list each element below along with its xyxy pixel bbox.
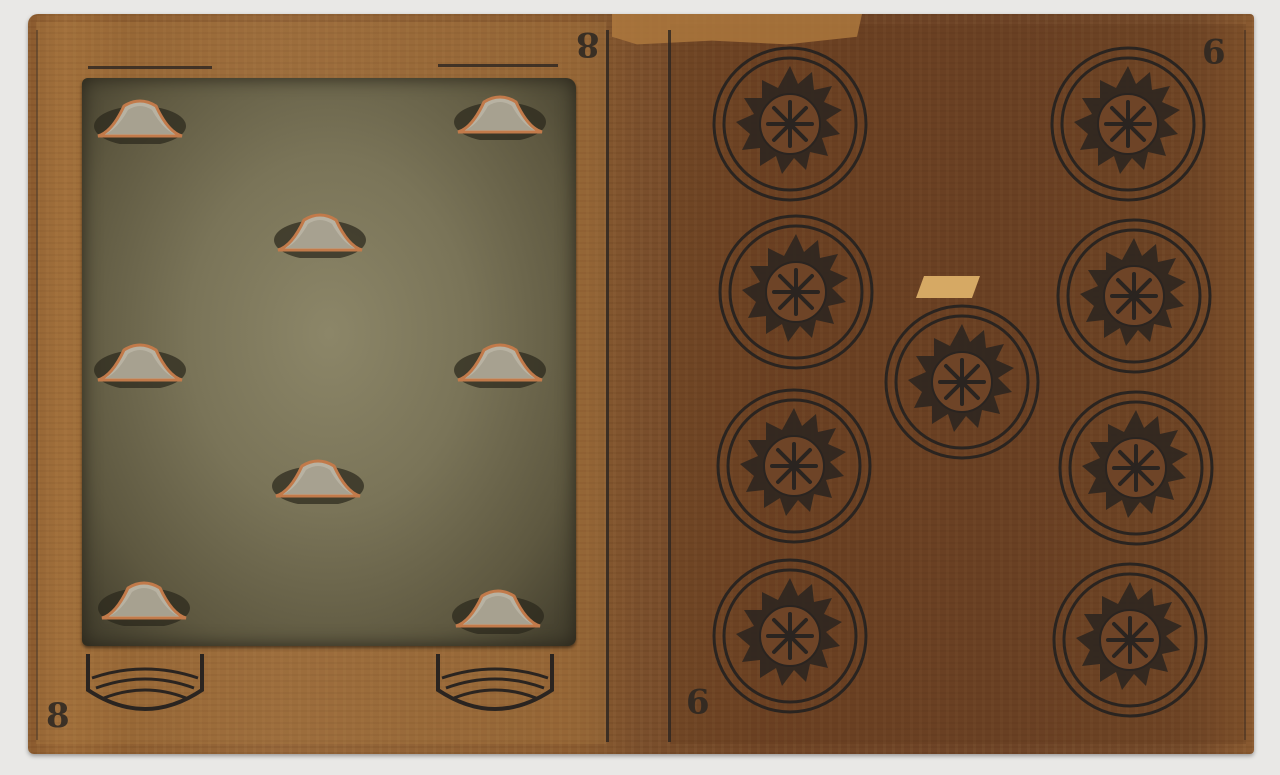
pip-icon	[452, 340, 548, 388]
oval-emblem-icon	[82, 650, 208, 722]
rosette-ornament-icon	[1050, 560, 1210, 720]
pip-icon	[270, 456, 366, 504]
rosette-ornament-icon	[716, 212, 876, 372]
corner-digit: 8	[46, 696, 70, 736]
pip-icon	[92, 340, 188, 388]
frame-line	[88, 66, 212, 69]
pip-icon	[452, 92, 548, 140]
rosette-ornament-icon	[710, 44, 870, 204]
pip-icon	[96, 578, 192, 626]
oval-emblem-icon	[432, 650, 558, 722]
frame-line	[36, 30, 38, 740]
rosette-ornament-icon	[1054, 216, 1214, 376]
pip-icon	[272, 210, 368, 258]
frame-line	[1244, 30, 1246, 740]
divider-line	[668, 30, 671, 742]
corner-digit: 8	[576, 24, 600, 64]
rosette-ornament-icon	[882, 302, 1042, 462]
frame-line	[438, 64, 558, 67]
rosette-ornament-icon	[1048, 44, 1208, 204]
divider-line	[606, 30, 609, 742]
corner-digit: 9	[686, 680, 710, 720]
rosette-ornament-icon	[1056, 388, 1216, 548]
rosette-ornament-icon	[714, 386, 874, 546]
paper-chip	[916, 276, 980, 298]
pip-icon	[92, 96, 188, 144]
rosette-ornament-icon	[710, 556, 870, 716]
pip-icon	[450, 586, 546, 634]
